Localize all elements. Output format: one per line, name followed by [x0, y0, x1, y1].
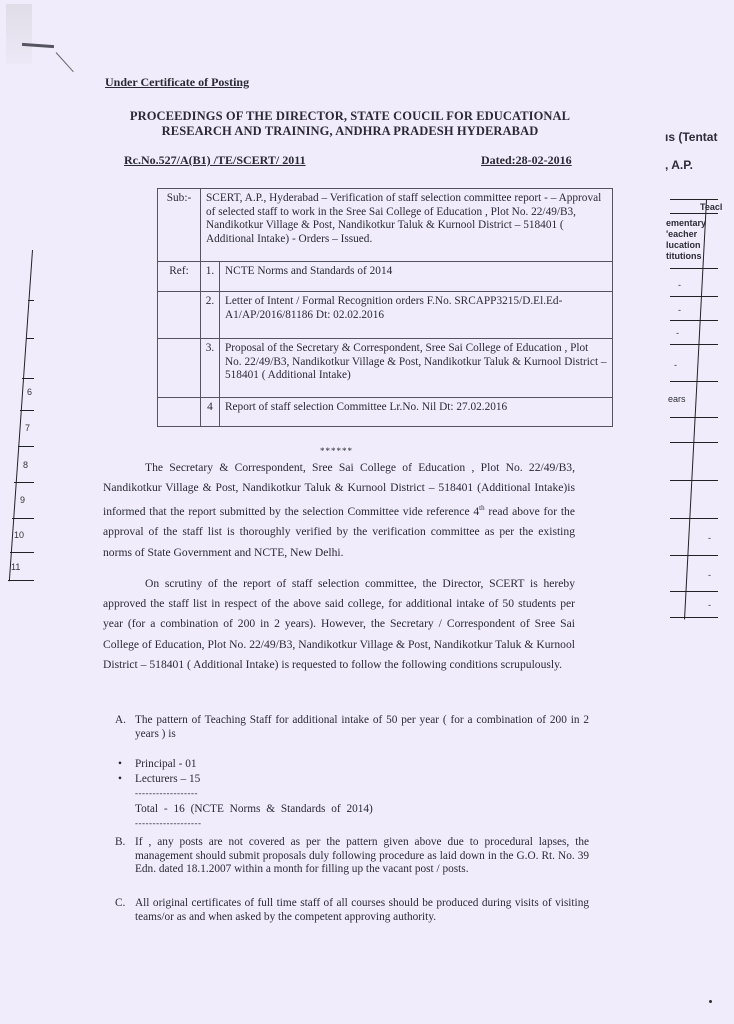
bleed-rule [670, 268, 718, 269]
bleed-rule [14, 482, 34, 483]
scan-artifact [6, 4, 32, 64]
bleed-rule [670, 555, 718, 556]
bleed-rule [8, 580, 34, 581]
document-date: Dated:28-02-2016 [481, 153, 572, 168]
bleed-rule [28, 300, 34, 301]
subject-label: Sub:- [158, 189, 201, 262]
bleed-text: Teacl [700, 202, 722, 212]
reference-number: 1. [201, 262, 220, 292]
adjacent-page-bleed-right: ıs (Tentat , A.P. Teacl ementary 'eacher… [640, 0, 734, 1024]
condition-text: If , any posts are not covered as per th… [135, 836, 589, 877]
bleed-text: , A.P. [665, 158, 693, 172]
bleed-rule [670, 591, 718, 592]
paragraph-1: The Secretary & Correspondent, Sree Sai … [103, 458, 575, 563]
paragraph-2: On scrutiny of the report of staff selec… [103, 574, 575, 675]
bleed-text: 10 [14, 530, 24, 540]
adjacent-page-bleed-left: 6 7 8 9 10 11 [0, 250, 40, 580]
bleed-text: - [708, 533, 711, 543]
reference-text: Report of staff selection Committee Lr.N… [220, 398, 613, 427]
bleed-text: 7 [25, 423, 30, 433]
staff-list: Principal - 01 Lecturers – 15 [118, 757, 200, 786]
subject-row: Sub:- SCERT, A.P., Hyderabad – Verificat… [158, 189, 613, 262]
bleed-text: - [678, 305, 681, 315]
title-line-1: PROCEEDINGS OF THE DIRECTOR, STATE COUCI… [90, 109, 610, 124]
bleed-rule [20, 410, 34, 411]
bleed-text: 6 [27, 387, 32, 397]
condition-c: C. All original certificates of full tim… [115, 897, 589, 924]
title-line-2: RESEARCH AND TRAINING, ANDHRA PRADESH HY… [90, 124, 610, 139]
reference-row: Ref: 1. NCTE Norms and Standards of 2014 [158, 262, 613, 292]
bleed-text: - [674, 360, 677, 370]
bleed-text: 11 [11, 562, 20, 572]
condition-letter: B. [115, 836, 125, 850]
bleed-rule [684, 200, 707, 619]
reference-number: 3. [201, 339, 220, 398]
reference-text: Letter of Intent / Formal Recognition or… [220, 292, 613, 339]
bleed-rule [670, 480, 718, 481]
bleed-rule [12, 518, 34, 519]
staff-item-principal: Principal - 01 [118, 757, 200, 772]
bleed-rule [670, 518, 718, 519]
bleed-text: 8 [23, 460, 28, 470]
reference-number: 4 [201, 398, 220, 427]
paragraph-1-text: The Secretary & Correspondent, Sree Sai … [103, 461, 575, 559]
bleed-rule [670, 381, 718, 382]
bleed-rule [670, 296, 718, 297]
bleed-text: ıs (Tentat [665, 130, 717, 144]
bleed-rule [670, 617, 718, 618]
reference-row: 3. Proposal of the Secretary & Correspon… [158, 339, 613, 398]
separator: ****** [320, 446, 353, 456]
posting-note: Under Certificate of Posting [105, 75, 249, 90]
staff-item-lecturers: Lecturers – 15 [118, 772, 200, 787]
condition-text: All original certificates of full time s… [135, 897, 589, 924]
condition-letter: C. [115, 897, 125, 911]
condition-text: The pattern of Teaching Staff for additi… [135, 714, 589, 741]
reference-number: Rc.No.527/A(B1) /TE/SCERT/ 2011 [124, 153, 306, 168]
subject-text: SCERT, A.P., Hyderabad – Verification of… [201, 189, 613, 262]
staff-total: Total - 16 (NCTE Norms & Standards of 20… [135, 803, 373, 815]
bleed-rule [26, 338, 34, 339]
divider: ------------------- [135, 818, 201, 828]
subject-reference-table: Sub:- SCERT, A.P., Hyderabad – Verificat… [157, 188, 613, 427]
bleed-text: 9 [20, 495, 25, 505]
bleed-text: - [708, 570, 711, 580]
bleed-rule [18, 446, 34, 447]
bleed-rule [22, 378, 34, 379]
bleed-text: ementary 'eacher lucation titutions [666, 218, 706, 262]
reference-label: Ref: [158, 262, 201, 292]
condition-a: A. The pattern of Teaching Staff for add… [115, 714, 589, 741]
reference-text: NCTE Norms and Standards of 2014 [220, 262, 613, 292]
bleed-rule [10, 552, 34, 553]
paragraph-2-text: On scrutiny of the report of staff selec… [103, 577, 575, 671]
bleed-text: - [678, 280, 681, 290]
condition-letter: A. [115, 714, 126, 728]
bleed-text: - [676, 328, 679, 338]
bleed-rule [670, 320, 718, 321]
reference-row: 2. Letter of Intent / Formal Recognition… [158, 292, 613, 339]
bleed-rule [670, 213, 718, 214]
reference-text: Proposal of the Secretary & Corresponden… [220, 339, 613, 398]
reference-number: 2. [201, 292, 220, 339]
bleed-rule [670, 199, 718, 200]
scan-speck [709, 1000, 712, 1003]
reference-row: 4 Report of staff selection Committee Lr… [158, 398, 613, 427]
document-title: PROCEEDINGS OF THE DIRECTOR, STATE COUCI… [90, 109, 610, 139]
scan-mark [56, 52, 74, 72]
bleed-rule [670, 344, 718, 345]
scanned-page: ıs (Tentat , A.P. Teacl ementary 'eacher… [0, 0, 734, 1024]
divider: ------------------ [135, 788, 198, 798]
bleed-text: - [708, 600, 711, 610]
bleed-text: ears [668, 394, 686, 404]
condition-b: B. If , any posts are not covered as per… [115, 836, 589, 877]
